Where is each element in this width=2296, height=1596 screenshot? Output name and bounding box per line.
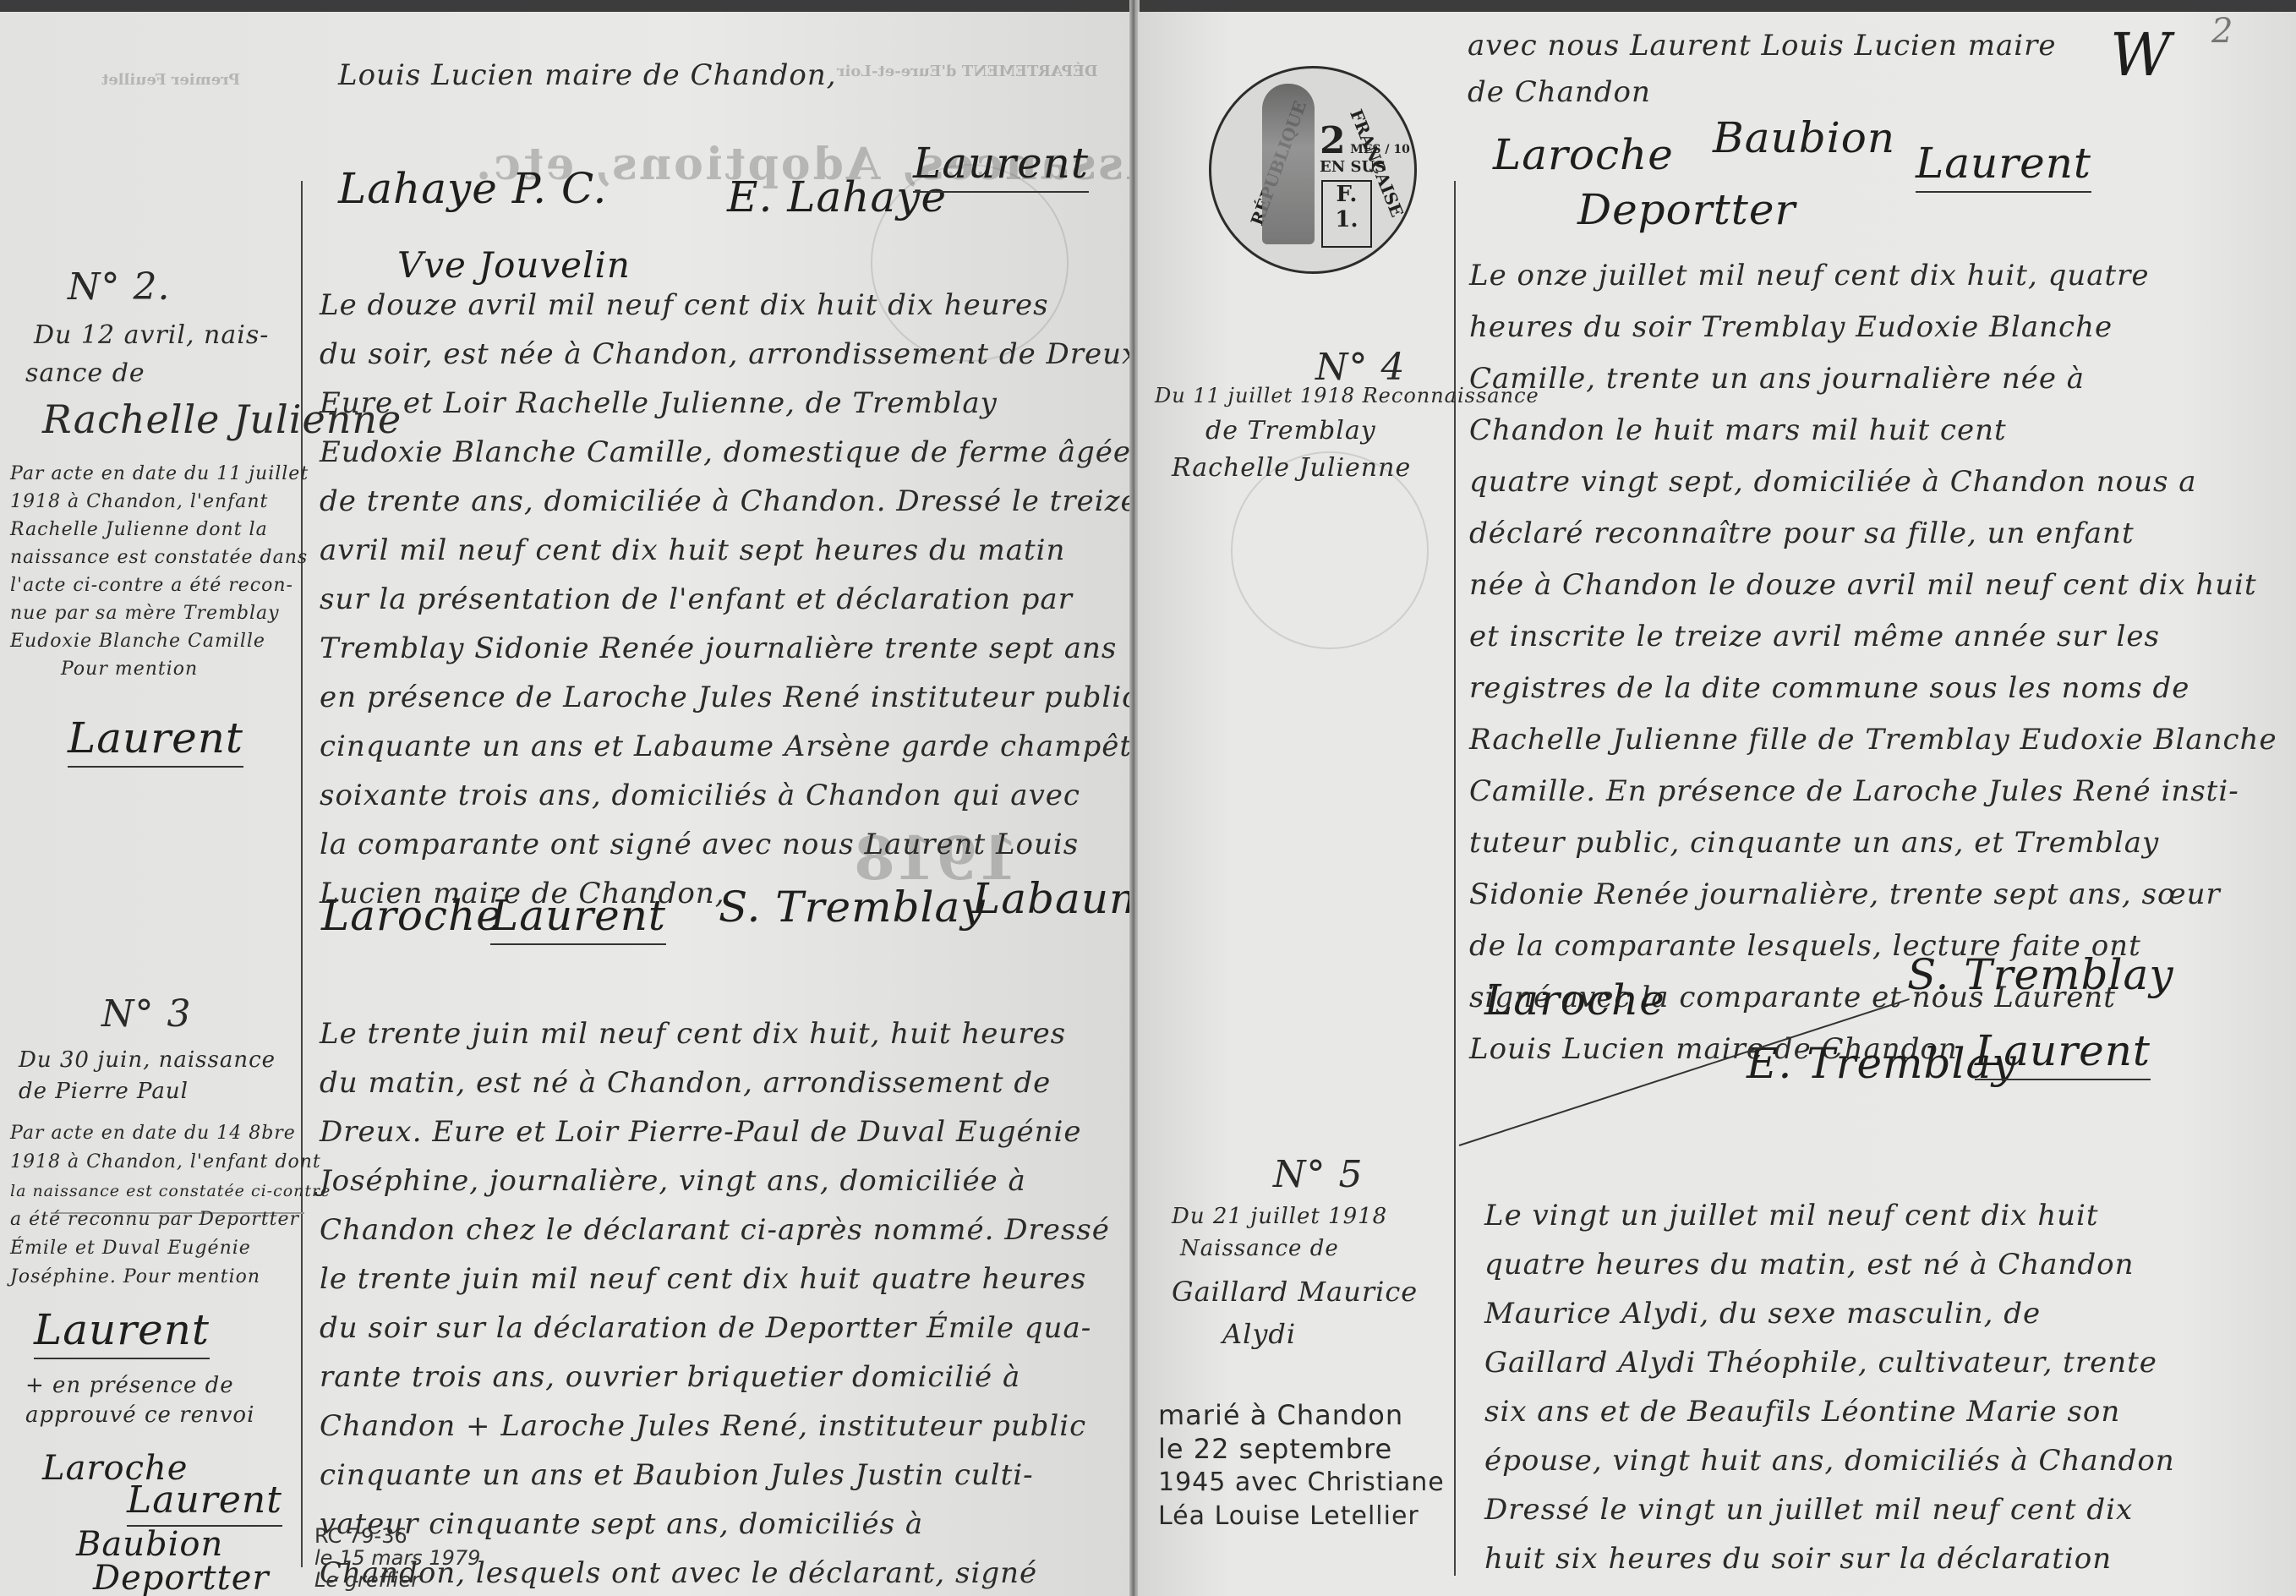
act-line: cinquante un ans et Labaume Arsène garde…: [320, 722, 1131, 771]
act-text-pierre-paul-birth: Le trente juin mil neuf cent dix huit, h…: [320, 1009, 1110, 1596]
signature-laroche: Laroche: [1493, 130, 1674, 179]
margin-entry-line: Du 12 avril, nais-: [34, 320, 269, 350]
pencil-annotation: RC 79-36 le 15 mars 1979 Le greffier: [314, 1525, 480, 1591]
margin-signature-laurent: Laurent: [34, 1305, 210, 1359]
act-line: la comparante ont signé avec nous Lauren…: [320, 820, 1131, 869]
annotation-line: Léa Louise Letellier: [1158, 1500, 1445, 1533]
stamp-denomination: F. 1.: [1321, 180, 1372, 248]
act-line: six ans et de Beaufils Léontine Marie so…: [1484, 1387, 2175, 1436]
act-line: épouse, vingt huit ans, domiciliés à Cha…: [1484, 1436, 2175, 1485]
act-line: le trente juin mil neuf cent dix huit qu…: [320, 1254, 1110, 1304]
margin-entry-line: sance de: [25, 358, 145, 388]
act-line: Dressé le vingt un juillet mil neuf cent…: [1484, 1485, 2175, 1534]
entry-number: N° 4: [1315, 346, 1405, 389]
margin-entry-line: Rachelle Julienne: [1172, 453, 1411, 483]
annotation-line: Rachelle Julienne dont la: [10, 516, 309, 544]
signature-labaume: Labaume: [972, 874, 1131, 923]
signature-baubion: Baubion: [1713, 113, 1895, 162]
act-line: Le trente juin mil neuf cent dix huit, h…: [320, 1009, 1110, 1058]
pencil-line: Le greffier: [314, 1569, 480, 1591]
signature-deportter: Deportter: [1577, 185, 1796, 234]
margin-entry-line: Gaillard Maurice: [1172, 1276, 1418, 1308]
margin-entry-line: de Pierre Paul: [19, 1079, 189, 1104]
ghost-header-top-left: Premier Feuillet: [101, 71, 240, 89]
act-line: Chandon + Laroche Jules René, instituteu…: [320, 1402, 1110, 1451]
stamp-value-label: EN SUS: [1320, 160, 1410, 175]
act-line: Joséphine, journalière, vingt ans, domic…: [320, 1156, 1110, 1205]
signature-deportter: Deportter: [93, 1559, 270, 1596]
act-line: et inscrite le treize avril même année s…: [1469, 611, 2277, 663]
act-line: quatre vingt sept, domiciliée à Chandon …: [1469, 456, 2277, 508]
signature-laurent: Laurent: [1975, 1026, 2151, 1080]
annotation-line: a été reconnu par Deportter: [10, 1205, 331, 1234]
recognition-annotation: Par acte en date du 14 8bre 1918 à Chand…: [10, 1119, 331, 1292]
signature-laurent-mayor: Laurent: [913, 139, 1089, 193]
signature-laroche: Laroche: [321, 891, 502, 940]
act-line: Chandon le huit mars mil huit cent: [1469, 405, 2277, 456]
act-line: Le douze avril mil neuf cent dix huit di…: [320, 281, 1131, 330]
left-page: Premier Feuillet Naissances, Adoptions, …: [0, 12, 1131, 1596]
act-line: Maurice Alydi, du sexe masculin, de: [1484, 1289, 2175, 1338]
act-line: Le vingt un juillet mil neuf cent dix hu…: [1484, 1191, 2175, 1240]
signature-s-tremblay: S. Tremblay: [1907, 950, 2174, 999]
continuation-line: de Chandon: [1468, 75, 1651, 109]
marriage-annotation: marié à Chandon le 22 septembre 1945 ave…: [1158, 1398, 1445, 1533]
act-line: Gaillard Alydi Théophile, cultivateur, t…: [1484, 1338, 2175, 1387]
insertion-note: + en présence de: [25, 1373, 234, 1398]
act-line: Eure et Loir Rachelle Julienne, de Tremb…: [320, 379, 1131, 428]
mention-text: Pour mention: [10, 655, 309, 683]
recognition-annotation: Par acte en date du 11 juillet 1918 à Ch…: [10, 460, 309, 683]
annotation-line: le 22 septembre: [1158, 1432, 1445, 1466]
act-text-maurice-birth: Le vingt un juillet mil neuf cent dix hu…: [1484, 1191, 2175, 1583]
signature-laurent: Laurent: [1916, 139, 2091, 193]
margin-entry-line: Naissance de: [1180, 1236, 1339, 1261]
act-line: Dreux. Eure et Loir Pierre-Paul de Duval…: [320, 1107, 1110, 1156]
stamp-value-frac: MES / 10: [1350, 143, 1410, 156]
ghost-department: DÉPARTEMENT d'Eure-et-Loir: [837, 63, 1098, 80]
annotation-line: 1918 à Chandon, l'enfant: [10, 488, 309, 516]
act-line: du soir sur la déclaration de Deportter …: [320, 1304, 1110, 1353]
margin-entry-line: Du 21 juillet 1918: [1172, 1204, 1387, 1229]
annotation-line: 1945 avec Christiane: [1158, 1466, 1445, 1500]
annotation-line: marié à Chandon: [1158, 1398, 1445, 1432]
signature-laurent: Laurent: [127, 1478, 282, 1527]
stamp-value: 2 MES / 10 EN SUS: [1320, 123, 1410, 175]
margin-entry-line: de Tremblay: [1205, 416, 1376, 445]
act-line: de trente ans, domiciliée à Chandon. Dre…: [320, 477, 1131, 526]
act-line: Camille. En présence de Laroche Jules Re…: [1469, 766, 2277, 817]
margin-signature-laurent: Laurent: [68, 713, 243, 768]
act-line: Eudoxie Blanche Camille, domestique de f…: [320, 428, 1131, 477]
fiscal-stamp: RÉPUBLIQUE FRANÇAISE 2 MES / 10 EN SUS F…: [1209, 66, 1417, 274]
signature-jouvelin: Vve Jouvelin: [397, 244, 631, 286]
annotation-line: naissance est constatée dans: [10, 544, 309, 571]
act-line: du soir, est née à Chandon, arrondisseme…: [320, 330, 1131, 379]
signature-lahaye-pc: Lahaye P. C.: [338, 164, 607, 213]
act-line: Chandon chez le déclarant ci-après nommé…: [320, 1205, 1110, 1254]
entry-number: N° 3: [101, 992, 191, 1036]
margin-entry-line: Alydi: [1222, 1318, 1296, 1350]
act-line: heures du soir Tremblay Eudoxie Blanche: [1469, 302, 2277, 353]
act-text-rachelle-birth: Le douze avril mil neuf cent dix huit di…: [320, 281, 1131, 918]
signature-s-tremblay: S. Tremblay: [719, 883, 986, 932]
continuation-line: Louis Lucien maire de Chandon,: [338, 58, 837, 92]
marianne-figure-icon: [1262, 84, 1315, 244]
act-line: soixante trois ans, domiciliés à Chandon…: [320, 771, 1131, 820]
act-line: sur la présentation de l'enfant et décla…: [320, 575, 1131, 624]
annotation-line: l'acte ci-contre a été recon-: [10, 571, 309, 599]
act-line: quatre heures du matin, est né à Chandon: [1484, 1240, 2175, 1289]
entry-number: N° 5: [1273, 1153, 1363, 1196]
pencil-line: le 15 mars 1979: [314, 1547, 480, 1569]
act-line: registres de la dite commune sous les no…: [1469, 663, 2277, 714]
act-line: huit six heures du soir sur la déclarati…: [1484, 1534, 2175, 1583]
act-line: rante trois ans, ouvrier briquetier domi…: [320, 1353, 1110, 1402]
annotation-line: Joséphine. Pour mention: [10, 1263, 331, 1292]
annotation-line: 1918 à Chandon, l'enfant dont: [10, 1148, 331, 1177]
act-line: Camille, trente un ans journalière née à: [1469, 353, 2277, 405]
act-line: tuteur public, cinquante un ans, et Trem…: [1469, 817, 2277, 869]
margin-entry-line: Du 30 juin, naissance: [19, 1047, 276, 1073]
act-line: en présence de Laroche Jules René instit…: [320, 673, 1131, 722]
annotation-line: Émile et Duval Eugénie: [10, 1234, 331, 1263]
margin-rule: [301, 181, 303, 1567]
annotation-line: Par acte en date du 14 8bre: [10, 1119, 331, 1148]
act-line: cinquante un ans et Baubion Jules Justin…: [320, 1451, 1110, 1500]
act-line: née à Chandon le douze avril mil neuf ce…: [1469, 560, 2277, 611]
entry-number: N° 2.: [68, 265, 170, 309]
act-line: du matin, est né à Chandon, arrondisseme…: [320, 1058, 1110, 1107]
stamp-value-top: 2: [1320, 119, 1346, 162]
insertion-note: approuvé ce renvoi: [25, 1402, 254, 1428]
stamp-denomination-text: F. 1.: [1335, 182, 1358, 232]
annotation-line: la naissance est constatée ci-contre: [10, 1177, 331, 1205]
act-line: Tremblay Sidonie Renée journalière trent…: [320, 624, 1131, 673]
signature-laurent: Laurent: [490, 891, 666, 945]
annotation-line: Par acte en date du 11 juillet: [10, 460, 309, 488]
corner-mark: W: [2110, 20, 2172, 90]
pencil-line: RC 79-36: [314, 1525, 480, 1547]
annotation-line: nue par sa mère Tremblay: [10, 599, 309, 627]
act-line: avril mil neuf cent dix huit sept heures…: [320, 526, 1131, 575]
signature-laroche: Laroche: [1484, 976, 1665, 1025]
act-line: Rachelle Julienne fille de Tremblay Eudo…: [1469, 714, 2277, 766]
act-line: Le onze juillet mil neuf cent dix huit, …: [1469, 250, 2277, 302]
page-number: 2: [2211, 12, 2233, 51]
continuation-line: avec nous Laurent Louis Lucien maire: [1468, 29, 2057, 63]
act-line: déclaré reconnaître pour sa fille, un en…: [1469, 508, 2277, 560]
act-line: Sidonie Renée journalière, trente sept a…: [1469, 869, 2277, 921]
annotation-line: Eudoxie Blanche Camille: [10, 627, 309, 655]
